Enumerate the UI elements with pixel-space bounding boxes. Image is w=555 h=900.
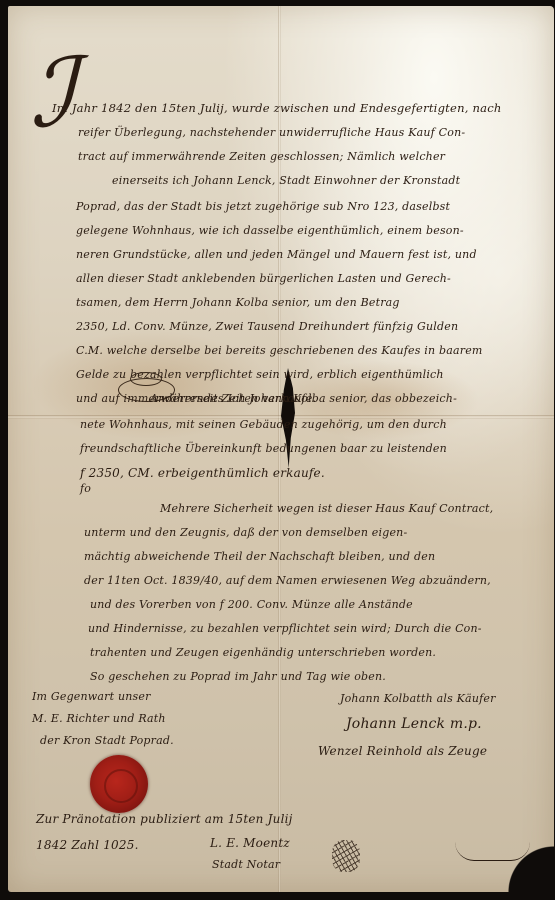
body-line: tsamen, dem Herrn Johann Kolba senior, u… xyxy=(76,296,400,309)
body-line: neren Grundstücke, allen und jeden Mänge… xyxy=(76,248,477,261)
witness-line: M. E. Richter und Rath xyxy=(32,712,166,725)
body-line: und Hindernisse, zu bezahlen verpflichte… xyxy=(88,622,482,635)
notary-title: Stadt Notar xyxy=(212,858,280,871)
ornamental-flourish xyxy=(130,372,162,386)
body-line: trahenten und Zeugen eigenhändig untersc… xyxy=(90,646,436,659)
body-line: tract auf immerwährende Zeiten geschloss… xyxy=(78,150,445,163)
wax-seal xyxy=(90,755,148,813)
body-line: nete Wohnhaus, mit seinen Gebäuden zugeh… xyxy=(80,418,447,431)
body-line: fo xyxy=(80,482,91,495)
body-line: 2350, Ld. Conv. Münze, Zwei Tausend Drei… xyxy=(76,320,458,333)
body-line: Poprad, das der Stadt bis jetzt zugehöri… xyxy=(76,200,450,213)
signature-witness: Wenzel Reinhold als Zeuge xyxy=(318,744,487,758)
signature-buyer: Johann Kolbatth als Käufer xyxy=(340,692,496,705)
body-line: allen dieser Stadt anklebenden bürgerlic… xyxy=(76,272,451,285)
body-line: einerseits ich Johann Lenck, Stadt Einwo… xyxy=(112,174,460,187)
decorative-initial: ℐ xyxy=(30,45,75,141)
scribbled-mark xyxy=(332,840,360,872)
notary-name: L. E. Moentz xyxy=(210,836,290,850)
body-line: f 2350, CM. erbeigenthümlich erkaufe. xyxy=(80,466,325,480)
body-line: So geschehen zu Poprad im Jahr und Tag w… xyxy=(90,670,386,683)
body-line: Andererseits Ich Johann Kolba senior, da… xyxy=(150,392,457,405)
footer-line: 1842 Zahl 1025. xyxy=(36,838,139,852)
signature-seller: Johann Lenck m.p. xyxy=(346,716,482,732)
body-line: reifer Überlegung, nachstehender unwider… xyxy=(78,126,465,139)
body-line: und des Vorerben von f 200. Conv. Münze … xyxy=(90,598,413,611)
body-line: C.M. welche derselbe bei bereits geschri… xyxy=(76,344,483,357)
body-line: freundschaftliche Übereinkunft bedungene… xyxy=(80,442,447,455)
body-line: mächtig abweichende Theil der Nachschaft… xyxy=(84,550,435,563)
witness-line: der Kron Stadt Poprad. xyxy=(40,734,174,747)
body-line: unterm und den Zeugnis, daß der von dems… xyxy=(84,526,407,539)
footer-line: Zur Pränotation publiziert am 15ten Juli… xyxy=(36,812,293,826)
body-line: Mehrere Sicherheit wegen ist dieser Haus… xyxy=(160,502,493,515)
body-line: gelegene Wohnhaus, wie ich dasselbe eige… xyxy=(76,224,464,237)
paraph-flourish xyxy=(455,842,530,861)
body-line: Im Jahr 1842 den 15ten Julij, wurde zwis… xyxy=(52,102,502,115)
witness-line: Im Gegenwart unser xyxy=(32,690,151,703)
body-line: der 11ten Oct. 1839/40, auf dem Namen er… xyxy=(84,574,491,587)
